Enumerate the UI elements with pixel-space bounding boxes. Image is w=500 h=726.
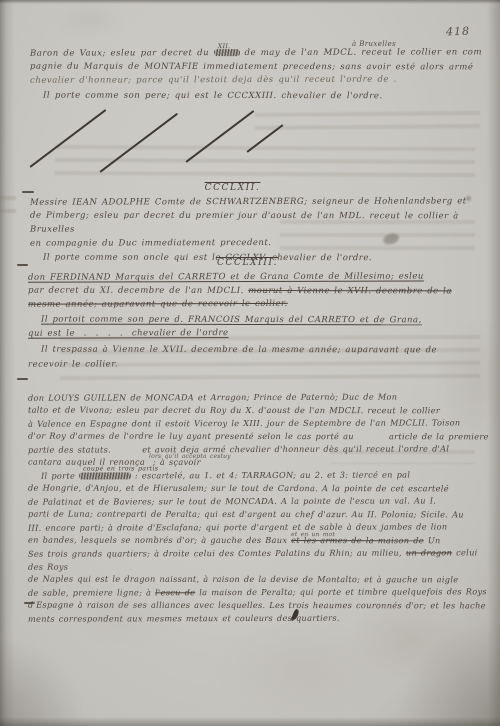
manuscript-line: à Valence en Espagne dont il estoit Vice… [28,416,494,430]
manuscript-line: de Pimberg; esleu par decret du premier … [30,209,495,237]
line-text: par decret du XI. decembre de l'an MDCLI… [28,285,248,295]
manuscript-line: Il porte coupé en trois partis : escarte… [28,468,494,482]
manuscript-line: III. encore parti; à droite d'Esclafana;… [28,520,494,534]
scribbled-out-word: coupé en trois partis [79,469,131,482]
manuscript-line: qui est le . . . . chevalier de l'ordre [28,327,493,342]
ink-smudge [466,196,471,201]
manuscript-line: de Hongrie, d'Anjou, et de Hierusalem; s… [28,482,494,496]
line-text: en bandes, lesquels se nombrés d'or; à g… [28,535,291,545]
entry-schwartzenberg: Messire IEAN ADOLPHE Comte de SCHWARTZEN… [30,196,495,266]
entry-carreto: don FERDINAND Marquis del CARRETO et de … [28,271,493,371]
section-heading-ccclxii: CCCLXII. [0,183,465,193]
manuscript-line: chevalier d'honneur; parce qu'il l'estoi… [30,73,492,88]
manuscript-line: par decret du XI. decembre de l'an MDCLI… [28,284,493,298]
line-text: Un [424,535,441,545]
manuscript-line: Ses trois grands quartiers; à droite cel… [28,546,494,573]
line-text: Ses trois grands quartiers; à droite cel… [28,548,406,559]
line-text: Baron de Vaux; esleu par decret du [30,48,214,59]
manuscript-line: recevoir le collier. [28,357,493,372]
manuscript-line: Il porte comme son pere; qui est le CCCX… [30,89,492,103]
cancellation-slash [99,113,178,173]
cancellation-slash [246,124,283,153]
manuscript-line: don LOUYS GUILLEN de MONCADA et Arragon;… [28,390,494,404]
line-text: : escartelé, au 1. et 4: TARRAGON; au 2.… [131,470,410,481]
struck-text: mesme année; auparavant que de recevoir … [28,299,288,310]
interline-insert-text: lors qu'il accepta cestuy [149,450,231,463]
manuscript-line: pagnie du Marquis de MONTAFIE immediatem… [30,60,492,74]
manuscript-line: de Naples qui est le dragon naissant, à … [28,573,494,587]
bleedthrough-text [55,145,475,185]
struck-text: un dragon [406,547,452,557]
manuscript-line: Baron de Vaux; esleu par decret du XII. … [30,46,492,61]
superscript-correction: XII. [218,40,231,54]
ink-blot [291,617,294,621]
manuscript-line: mesme année; auparavant que de recevoir … [28,297,493,312]
margin-dash [17,378,28,380]
manuscript-line: parti de Luna; contreparti de Peralta; q… [28,508,494,522]
manuscript-line: don FERDINAND Marquis del CARRETO et de … [28,270,493,285]
manuscript-line: d'or Roy d'armes de l'ordre le luy ayant… [28,430,494,444]
manuscript-line: de Palatinat et de Bavieres; sur le tout… [28,494,494,508]
manuscript-line: Messire IEAN ADOLPHE Comte de SCHWARTZEN… [30,195,495,210]
bleedthrough-text [255,111,480,139]
cancellation-slash [29,109,106,168]
interline-insert-text: et en un mot [291,528,335,541]
line-text: la maison de Peralta; qui porte et timbr… [195,586,487,597]
scribbled-out-word: XII. [214,47,240,61]
manuscript-line: Il trespassa à Vienne le XVII. decembre … [28,344,493,358]
manuscript-line: de sable, premiere ligne; à l'escu de la… [28,585,494,599]
section-heading-ccclxiii: CCCLXIII. [0,258,495,268]
bleedthrough-text [0,196,16,220]
superscript-correction: coupé en trois partis [83,462,158,475]
struck-text: mourut à Vienne le XVII. decembre de la [248,286,452,296]
line-text: de sable, premiere ligne; à [28,587,155,597]
entry-baron-de-vaux: Baron de Vaux; esleu par decret du XII. … [30,47,492,103]
struck-text: l'escu de [155,587,195,597]
manuscript-page: 418 à Bruxelles Baron de Vaux; esleu par… [0,0,500,726]
entry-moncada: don LOUYS GUILLEN de MONCADA et Arragon;… [28,391,494,625]
manuscript-line: en bandes, lesquels se nombrés d'or; à g… [28,534,494,548]
manuscript-line: d'Espagne à raison de ses alliances avec… [28,599,494,613]
cancellation-slash [185,110,254,163]
line-text: de may de l'an MDCL. receut le collier e… [240,47,482,58]
line-text: Il porte [41,471,79,481]
manuscript-line: ments correspondent aux mesmes metaux et… [28,611,494,625]
manuscript-line: partie des statuts. et avoit deja armé c… [28,442,494,456]
manuscript-line: en compagnie du Duc immediatement preced… [30,236,495,251]
manuscript-line: talto et de Vivona; esleu par decret du … [28,404,494,418]
page-number: 418 [446,25,470,39]
